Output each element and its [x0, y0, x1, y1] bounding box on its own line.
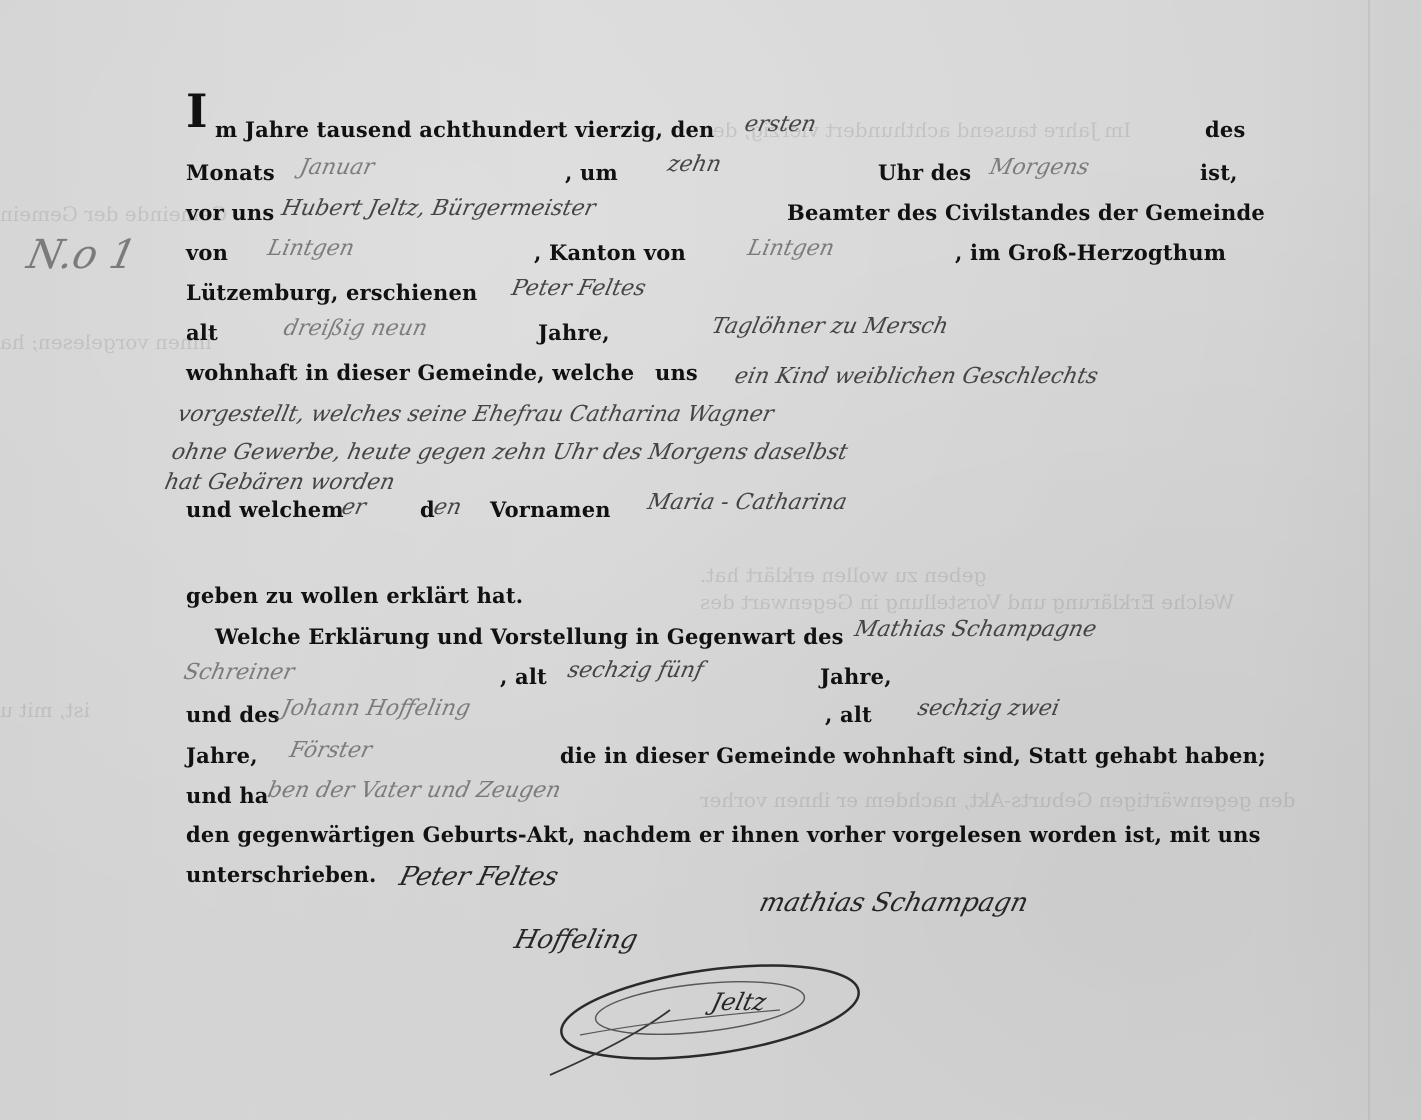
handwritten-witness1-occupation: Schreiner	[181, 660, 296, 685]
handwritten-witness1: Mathias Schampagne	[852, 617, 1098, 642]
handwritten-occupation: Taglöhner zu Mersch	[709, 314, 950, 339]
printed-label: alt	[186, 320, 218, 345]
handwritten-time-of-day: Morgens	[987, 155, 1091, 180]
handwritten-canton: Lintgen	[745, 236, 836, 261]
handwritten-child-names: Maria - Catharina	[645, 490, 849, 515]
handwritten-declarant: Peter Feltes	[509, 276, 648, 301]
printed-label: Jahre,	[820, 664, 892, 689]
bleed-through-text: geben zu wollen erklärt hat.	[700, 563, 986, 587]
printed-label: und welchem	[186, 497, 344, 522]
printed-label: unterschrieben.	[186, 862, 377, 887]
signature-flourish-icon	[540, 950, 880, 1090]
printed-label: Uhr des	[878, 160, 971, 185]
handwritten-day: ersten	[742, 112, 818, 137]
handwritten-line: ohne Gewerbe, heute gegen zehn Uhr des M…	[169, 440, 850, 465]
handwritten-line: vorgestellt, welches seine Ehefrau Catha…	[175, 402, 776, 427]
handwritten-article: en	[431, 495, 464, 520]
handwritten-officer: Hubert Jeltz, Bürgermeister	[279, 196, 597, 221]
handwritten-witness1-age: sechzig fünf	[565, 658, 705, 683]
bleed-through-text: Welche Erklärung und Vorstellung in Gege…	[700, 590, 1234, 614]
handwritten-commune: Lintgen	[265, 236, 356, 261]
document-page: Im Jahre tausend achthundert vierzig, de…	[0, 0, 1421, 1120]
printed-label: von	[186, 240, 228, 265]
printed-label: Vornamen	[490, 497, 611, 522]
bleed-through-text: den gegenwärtigen Geburts-Akt, nachdem e…	[700, 788, 1295, 812]
handwritten-line: hat Gebären worden	[162, 470, 397, 495]
handwritten-witness2: Johann Hoffeling	[279, 696, 472, 721]
printed-label: Welche Erklärung und Vorstellung in Gege…	[215, 624, 844, 649]
printed-label: Lützemburg, erschienen	[186, 280, 478, 305]
bleed-through-text: ihnen vorgelesen; ha	[0, 330, 212, 354]
printed-label: Jahre,	[186, 743, 258, 768]
printed-label: , alt	[825, 702, 872, 727]
printed-label: Jahre,	[538, 320, 610, 345]
signature-declarant: Peter Feltes	[396, 862, 561, 892]
printed-label: , Kanton von	[534, 240, 686, 265]
handwritten-declarant-age: dreißig neun	[281, 316, 429, 341]
signature-witness1: mathias Schampagn	[756, 888, 1031, 918]
printed-line: des	[1205, 117, 1245, 142]
handwritten-hour: zehn	[665, 152, 723, 177]
printed-label: , im Groß-Herzogthum	[955, 240, 1226, 265]
printed-label: geben zu wollen erklärt hat.	[186, 583, 523, 608]
printed-initial: I	[186, 88, 208, 134]
printed-label: , alt	[500, 664, 547, 689]
printed-label: und des	[186, 702, 280, 727]
printed-label: Monats	[186, 160, 275, 185]
printed-label: wohnhaft in dieser Gemeinde, welche	[186, 360, 634, 385]
handwritten-line: ben der Vater und Zeugen	[265, 778, 563, 803]
handwritten-witness2-age: sechzig zwei	[915, 696, 1061, 721]
page-fold	[1368, 0, 1370, 1120]
printed-label: ist,	[1200, 160, 1238, 185]
handwritten-witness2-occupation: Förster	[287, 738, 374, 763]
handwritten-pronoun: er	[339, 495, 368, 520]
printed-label: Beamter des Civilstandes der Gemeinde	[787, 200, 1265, 225]
record-number: N.o 1	[23, 232, 140, 278]
printed-label: und ha	[186, 783, 269, 808]
handwritten-line: ein Kind weiblichen Geschlechts	[732, 364, 1100, 389]
printed-line: m Jahre tausend achthundert vierzig, den	[215, 117, 715, 142]
printed-label: den gegenwärtigen Geburts-Akt, nachdem e…	[186, 822, 1261, 847]
printed-label: vor uns	[186, 200, 274, 225]
printed-label: die in dieser Gemeinde wohnhaft sind, St…	[560, 743, 1266, 768]
printed-label: uns	[655, 360, 698, 385]
printed-label: , um	[565, 160, 618, 185]
bleed-through-text: ist, mit u	[0, 698, 90, 722]
handwritten-month: Januar	[297, 155, 376, 180]
